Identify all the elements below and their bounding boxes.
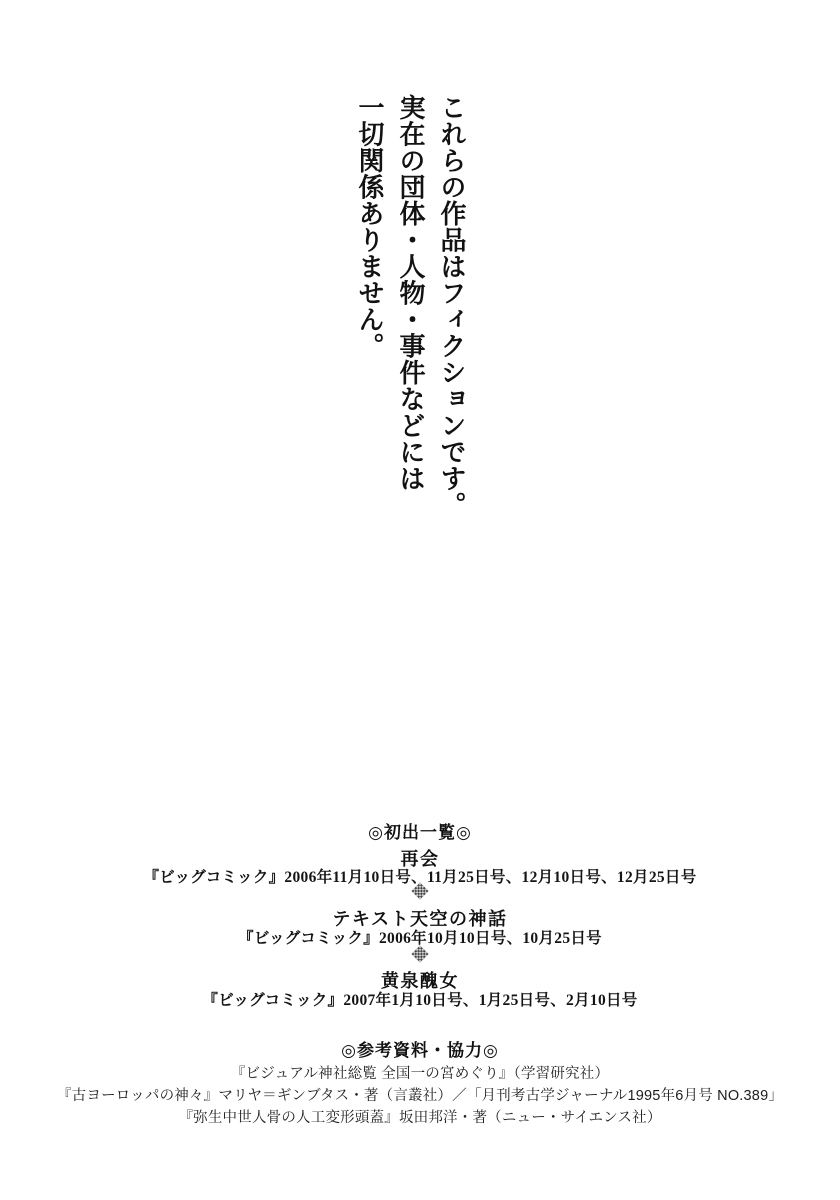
diamond-separator-icon [412, 946, 429, 963]
reference-item-3: 『弥生中世人骨の人工変形頭蓋』坂田邦洋・著（ニュー・サイエンス社） [0, 1106, 840, 1127]
fiction-disclaimer-vertical-text: これらの作品はフィクションです。 実在の団体・人物・事件などには 一切関係ありま… [346, 94, 472, 526]
references-heading: ◎参考資料・協力◎ [0, 1036, 840, 1061]
book-page: これらの作品はフィクションです。 実在の団体・人物・事件などには 一切関係ありま… [0, 0, 840, 1200]
reference-item-1: 『ビジュアル神社総覧 全国一の宮めぐり』（学習研究社） [0, 1062, 840, 1083]
reference-item-2: 『古ヨーロッパの神々』マリヤ＝ギンブタス・著（言叢社）／「月刊考古学ジャーナル1… [0, 1084, 840, 1105]
first-publication-heading: ◎初出一覧◎ [0, 818, 840, 843]
work-issues-yomotsu-shikome: 『ビッグコミック』2007年1月10日号、1月25日号、2月10日号 [0, 988, 840, 1010]
